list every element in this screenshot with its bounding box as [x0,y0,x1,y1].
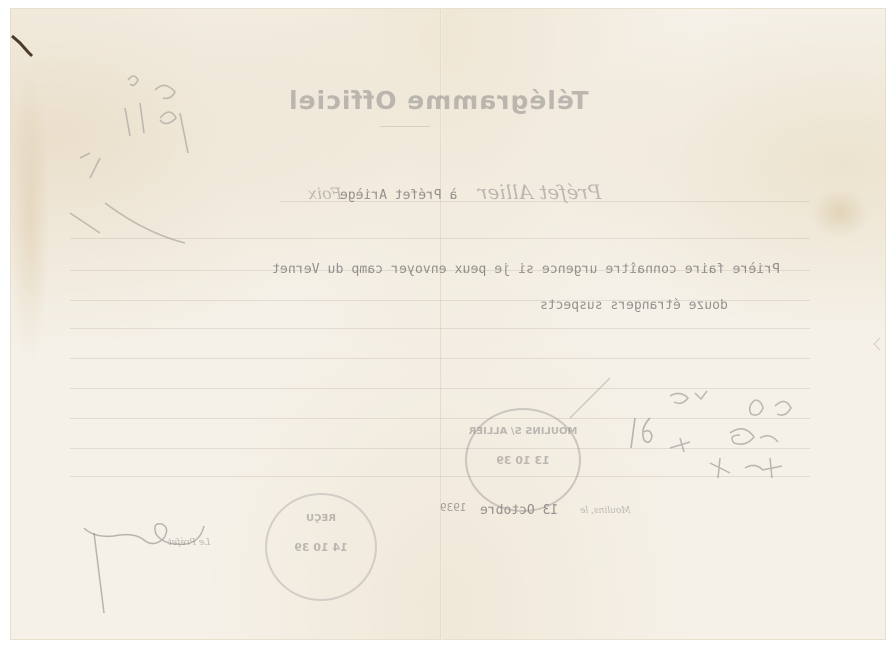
handwriting-strokes [10,8,886,640]
top-left-annotation [70,76,188,243]
signature [84,524,204,613]
paper-edge-tear [874,338,880,350]
right-margin-annotation [670,391,791,478]
handwritten-number [631,418,652,448]
pencil-stroke [570,378,610,418]
telegram-sheet: Télégramme Officiel Préfet Allier à Préf… [10,8,886,640]
ink-mark [12,36,32,56]
